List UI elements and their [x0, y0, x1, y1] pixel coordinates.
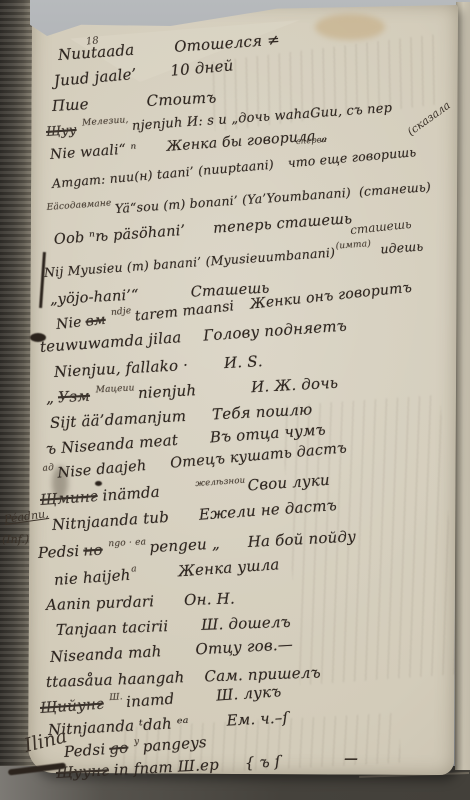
- margin-note-inf: (Inf.): [2, 533, 29, 546]
- gloss-text: Ем. ч.–ſ: [226, 708, 289, 729]
- gloss-superscript: желѣзнои: [195, 476, 246, 489]
- gloss-text: { ъ ſ: [244, 752, 281, 772]
- native-text: Pedsi: [63, 740, 106, 761]
- superscript-insertion: ад: [42, 463, 54, 474]
- native-text: nienjuh: [137, 381, 196, 402]
- native-text: inamd: [126, 690, 175, 711]
- native-text: pengeu „: [149, 534, 220, 556]
- superscript-insertion: ndje: [110, 306, 131, 318]
- native-text: Nie: [55, 314, 82, 333]
- native-text: Pedsi: [38, 542, 80, 562]
- struck-word: вм: [85, 312, 107, 330]
- struck-word: Щуунг: [56, 761, 110, 782]
- margin-note-dash: —: [344, 751, 358, 767]
- gloss-text: Он. Н.: [184, 589, 235, 609]
- gloss-text: И. Ѕ.: [224, 352, 264, 372]
- native-text: „: [46, 389, 55, 407]
- superscript-insertion: Мацеии: [95, 383, 134, 395]
- native-text: Пше: [52, 95, 90, 115]
- struck-word: Узм: [58, 387, 91, 407]
- superscript-insertion: Ш.: [109, 692, 123, 703]
- page-stack-edge: [359, 772, 470, 800]
- struck-word: go: [109, 739, 129, 758]
- gloss-text: идешь: [380, 238, 424, 256]
- native-text: Aanin purdari: [46, 592, 155, 614]
- superscript-insertion: (имта): [335, 239, 371, 251]
- struck-word: Щуу: [46, 123, 78, 140]
- superscript-insertion: ngo · ea: [108, 537, 146, 549]
- gloss-text: Ш. дошелъ: [201, 613, 291, 634]
- superscript-insertion: Мелезии,: [82, 115, 129, 128]
- struck-word: но: [83, 541, 103, 560]
- gloss-text: Стоитъ: [146, 88, 217, 110]
- superscript-insertion: а: [131, 564, 137, 574]
- manuscript-photo: 18 NuutaadaОтошелся ≠ Juud jaale’10 дней…: [0, 0, 470, 800]
- superscript-insertion: y: [134, 737, 140, 747]
- margin-note-sperva: сперва: [296, 135, 327, 147]
